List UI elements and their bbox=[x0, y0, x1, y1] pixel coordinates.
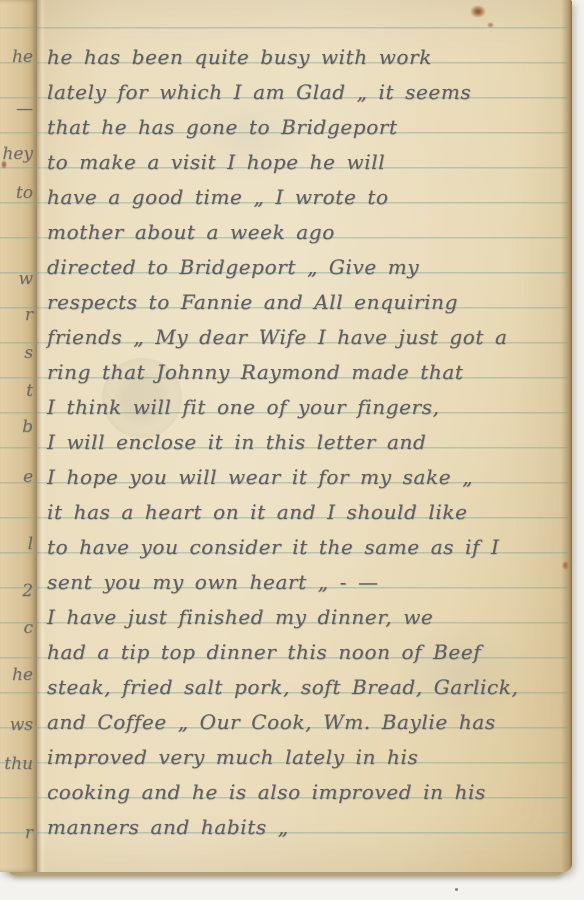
letter-line: respects to Fannie and All enquiring bbox=[47, 285, 564, 320]
facing-page-text-fragment: b bbox=[22, 416, 33, 438]
facing-page-text-fragment: thu bbox=[4, 753, 33, 775]
letter-line: had a tip top dinner this noon of Beef bbox=[47, 635, 564, 670]
letter-line: improved very much lately in his bbox=[47, 740, 564, 775]
binding-seam bbox=[37, 0, 46, 872]
letter-line: ring that Johnny Raymond made that bbox=[47, 355, 564, 390]
photograph-background: he—heytowrstbel2chewsthur he has been qu… bbox=[0, 0, 584, 900]
left-edge-stain bbox=[1, 160, 7, 169]
letter-line: to have you consider it the same as if I bbox=[47, 530, 564, 565]
letter-line: I think will fit one of your fingers, bbox=[47, 390, 564, 425]
facing-page-text-fragment: l bbox=[28, 533, 33, 555]
letter-text: he has been quite busy with worklately f… bbox=[47, 40, 564, 845]
rust-stain bbox=[470, 5, 486, 18]
facing-page-text-fragment: e bbox=[23, 466, 33, 488]
letter-line: cooking and he is also improved in his bbox=[47, 775, 564, 810]
facing-page-text-fragment: — bbox=[16, 98, 33, 120]
facing-page-text-fragment: he bbox=[12, 664, 33, 686]
letter-page: he—heytowrstbel2chewsthur he has been qu… bbox=[0, 0, 572, 872]
facing-page-text-fragment: to bbox=[16, 182, 33, 204]
letter-line: directed to Bridgeport „ Give my bbox=[47, 250, 564, 285]
letter-line: he has been quite busy with work bbox=[47, 40, 564, 75]
facing-page-text-fragment: ws bbox=[10, 714, 33, 736]
facing-page-text-fragment: 2 bbox=[22, 580, 33, 602]
facing-page-text-fragment: s bbox=[24, 342, 33, 364]
facing-page-fragments: he—heytowrstbel2chewsthur bbox=[0, 0, 36, 872]
facing-page-text-fragment: r bbox=[25, 304, 33, 326]
letter-line: I will enclose it in this letter and bbox=[47, 425, 564, 460]
facing-page-text-fragment: he bbox=[12, 46, 33, 68]
letter-line: sent you my own heart „ - — bbox=[47, 565, 564, 600]
facing-page-text-fragment: c bbox=[23, 617, 33, 639]
letter-line: friends „ My dear Wife I have just got a bbox=[47, 320, 564, 355]
facing-page-text-fragment: r bbox=[25, 822, 33, 844]
letter-line: have a good time „ I wrote to bbox=[47, 180, 564, 215]
dust-speck bbox=[455, 888, 458, 891]
letter-line: it has a heart on it and I should like bbox=[47, 495, 564, 530]
letter-line: manners and habits „ bbox=[47, 810, 564, 845]
facing-page-text-fragment: hey bbox=[2, 143, 33, 165]
letter-line: mother about a week ago bbox=[47, 215, 564, 250]
letter-line: to make a visit I hope he will bbox=[47, 145, 564, 180]
facing-page-text-fragment: t bbox=[26, 380, 33, 402]
letter-line: I have just finished my dinner, we bbox=[47, 600, 564, 635]
letter-line: that he has gone to Bridgeport bbox=[47, 110, 564, 145]
letter-line: lately for which I am Glad „ it seems bbox=[47, 75, 564, 110]
page-right-edge bbox=[561, 0, 572, 872]
letter-line: I hope you will wear it for my sake „ bbox=[47, 460, 564, 495]
letter-line: steak, fried salt pork, soft Bread, Garl… bbox=[47, 670, 564, 705]
rust-stain-small bbox=[487, 22, 494, 28]
facing-page-text-fragment: w bbox=[18, 268, 33, 290]
letter-line: and Coffee „ Our Cook, Wm. Baylie has bbox=[47, 705, 564, 740]
